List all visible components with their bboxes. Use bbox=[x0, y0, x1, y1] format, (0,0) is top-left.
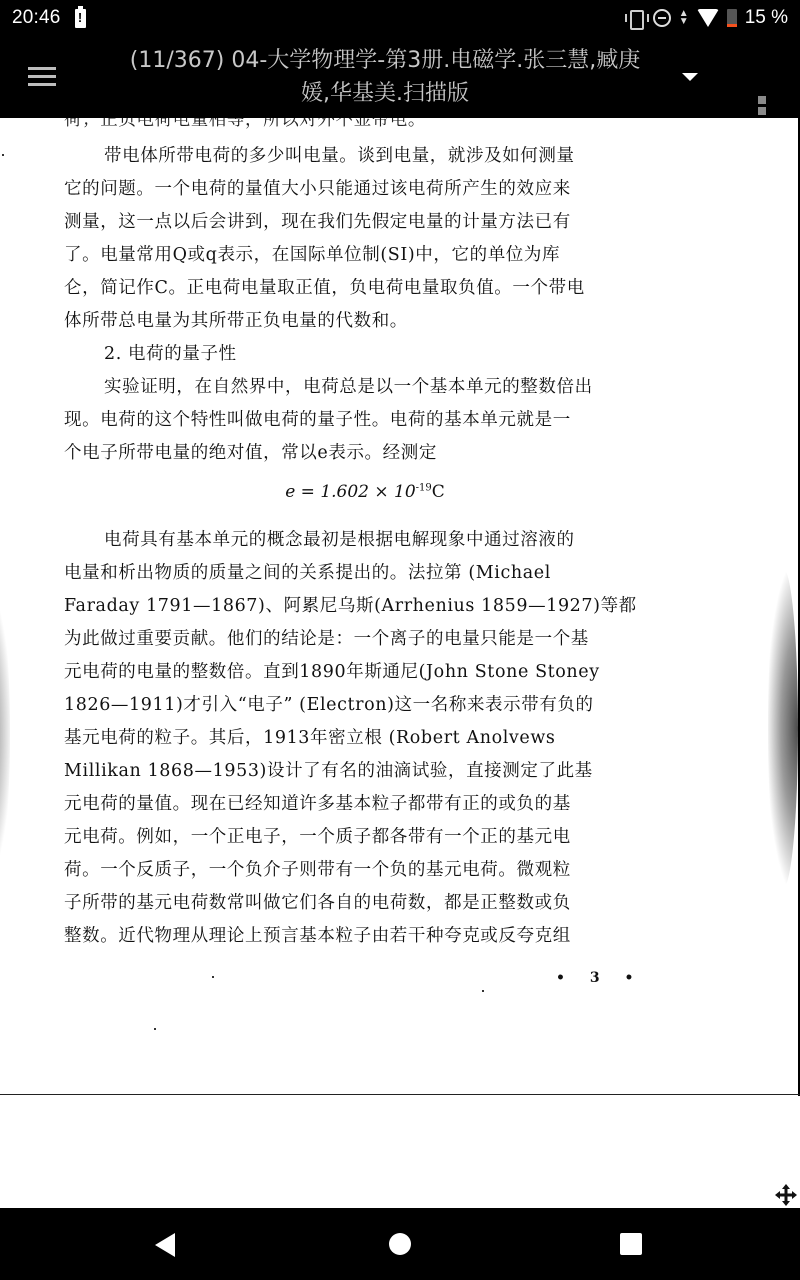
text-line: 它的问题。一个电荷的量值大小只能通过该电荷所产生的效应来 bbox=[64, 173, 636, 206]
elementary-charge-formula: e = 1.602 × 10-19C bbox=[0, 482, 730, 502]
scan-speck bbox=[212, 976, 214, 978]
pdf-page-view[interactable]: 荷；正负电荷电量相等，所以对外不显带电。 带电体所带电荷的多少叫电量。谈到电量，… bbox=[0, 118, 800, 1208]
text-line: 1826—1911)才引入“电子” (Electron)这一名称来表示带有负的 bbox=[64, 689, 636, 722]
hamburger-menu-icon[interactable] bbox=[28, 67, 56, 87]
text-line: 体所带总电量为其所带正负电量的代数和。 bbox=[64, 305, 636, 338]
android-nav-bar bbox=[0, 1208, 800, 1280]
battery-low-icon bbox=[727, 9, 737, 27]
document-title-line1: (11/367) 04-大学物理学-第3册.电磁学.张三慧,臧庚 bbox=[110, 44, 660, 77]
battery-alert-icon: ! bbox=[75, 9, 86, 28]
data-transfer-icon: ▲▼ bbox=[679, 10, 689, 26]
text-line: 元电荷。例如，一个正电子，一个质子都各带有一个正的基元电 bbox=[64, 821, 636, 854]
do-not-disturb-icon bbox=[653, 9, 671, 27]
text-line: 个电子所带电量的绝对值，常以e表示。经测定 bbox=[64, 437, 636, 470]
back-triangle-icon[interactable] bbox=[155, 1233, 175, 1257]
page-boundary-divider bbox=[0, 1094, 800, 1095]
section-heading: 2. 电荷的量子性 bbox=[64, 338, 636, 371]
page-curl-shadow-left bbox=[0, 568, 10, 898]
text-line: 电量和析出物质的质量之间的关系提出的。法拉第 (Michael bbox=[64, 557, 636, 590]
page-curl-shadow-right bbox=[768, 568, 798, 888]
pdf-reader-screen: 20:46 ! ▲▼ 15 % (11/367) 04-大学物理学-第3册.电磁… bbox=[0, 0, 800, 1280]
formula-lhs: e = 1.602 × 10 bbox=[285, 482, 415, 502]
move-arrows-icon[interactable] bbox=[774, 1183, 798, 1207]
battery-percent: 15 % bbox=[745, 7, 788, 29]
text-line: 测量，这一点以后会讲到，现在我们先假定电量的计量方法已有 bbox=[64, 206, 636, 239]
scan-speck bbox=[2, 154, 4, 156]
document-title: (11/367) 04-大学物理学-第3册.电磁学.张三慧,臧庚 媛,华基美.扫… bbox=[110, 44, 660, 110]
status-time: 20:46 bbox=[12, 7, 61, 29]
formula-exponent: -19 bbox=[416, 482, 432, 493]
paragraph-history: 电荷具有基本单元的概念最初是根据电解现象中通过溶液的 电量和析出物质的质量之间的… bbox=[64, 524, 636, 953]
scan-speck bbox=[154, 1028, 156, 1030]
home-circle-icon[interactable] bbox=[389, 1233, 411, 1255]
text-line: 了。电量常用Q或q表示，在国际单位制(SI)中，它的单位为库 bbox=[64, 239, 636, 272]
recents-square-icon[interactable] bbox=[620, 1233, 642, 1255]
paragraph-electric-quantity: 带电体所带电荷的多少叫电量。谈到电量，就涉及如何测量 它的问题。一个电荷的量值大… bbox=[64, 140, 636, 338]
app-toolbar: (11/367) 04-大学物理学-第3册.电磁学.张三慧,臧庚 媛,华基美.扫… bbox=[0, 36, 800, 118]
page-number: • 3 • bbox=[556, 970, 643, 986]
formula-unit: C bbox=[432, 482, 445, 502]
text-line: Faraday 1791—1867)、阿累尼乌斯(Arrhenius 1859—… bbox=[64, 590, 636, 623]
text-line: 仑，简记作C。正电荷电量取正值，负电荷电量取负值。一个带电 bbox=[64, 272, 636, 305]
dropdown-triangle-icon[interactable] bbox=[682, 73, 698, 81]
text-line: 带电体所带电荷的多少叫电量。谈到电量，就涉及如何测量 bbox=[64, 140, 636, 173]
scan-speck bbox=[482, 990, 484, 992]
document-title-line2: 媛,华基美.扫描版 bbox=[110, 77, 660, 110]
text-line: Millikan 1868—1953)设计了有名的油滴试验，直接测定了此基 bbox=[64, 755, 636, 788]
text-line: 子所带的基元电荷数常叫做它们各自的电荷数，都是正整数或负 bbox=[64, 887, 636, 920]
text-line: 荷。一个反质子，一个负介子则带有一个负的基元电荷。微观粒 bbox=[64, 854, 636, 887]
text-line: 整数。近代物理从理论上预言基本粒子由若干种夸克或反夸克组 bbox=[64, 920, 636, 953]
section-heading-block: 2. 电荷的量子性 bbox=[64, 338, 636, 371]
status-bar: 20:46 ! ▲▼ 15 % bbox=[0, 0, 800, 36]
text-line: 为此做过重要贡献。他们的结论是：一个离子的电量只能是一个基 bbox=[64, 623, 636, 656]
vibrate-icon bbox=[625, 10, 645, 26]
text-line: 基元电荷的粒子。其后，1913年密立根 (Robert Anolvews bbox=[64, 722, 636, 755]
cutoff-text-line: 荷；正负电荷电量相等，所以对外不显带电。 bbox=[64, 118, 426, 131]
text-line: 元电荷的电量的整数倍。直到1890年斯通尼(John Stone Stoney bbox=[64, 656, 636, 689]
text-line: 元电荷的量值。现在已经知道许多基本粒子都带有正的或负的基 bbox=[64, 788, 636, 821]
text-line: 电荷具有基本单元的概念最初是根据电解现象中通过溶液的 bbox=[64, 524, 636, 557]
wifi-icon bbox=[697, 9, 719, 27]
text-line: 实验证明，在自然界中，电荷总是以一个基本单元的整数倍出 bbox=[64, 371, 636, 404]
paragraph-quantization: 实验证明，在自然界中，电荷总是以一个基本单元的整数倍出 现。电荷的这个特性叫做电… bbox=[64, 371, 636, 470]
text-line: 现。电荷的这个特性叫做电荷的量子性。电荷的基本单元就是一 bbox=[64, 404, 636, 437]
